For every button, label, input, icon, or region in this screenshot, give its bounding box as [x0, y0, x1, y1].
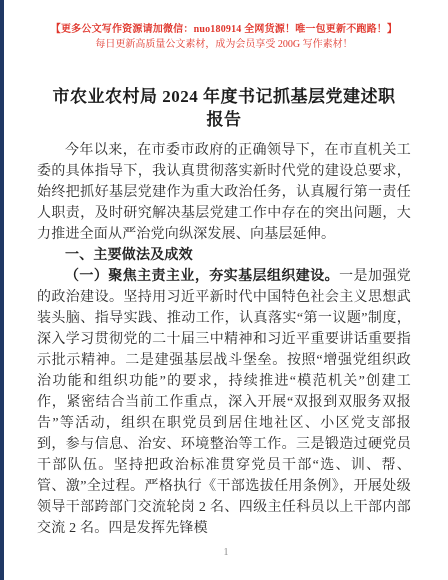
section-1-lead: （一）聚焦主责主业，夯实基层组织建设。	[65, 269, 339, 284]
paragraph-intro: 今年以来，在市委市政府的正确领导下，在市直机关工委的具体指导下，我认真贯彻落实新…	[37, 140, 411, 245]
section-heading-1: 一、主要做法及成效	[37, 245, 411, 266]
paragraph-section-1: （一）聚焦主责主业，夯实基层组织建设。一是加强党的政治建设。坚持用习近平新时代中…	[37, 266, 411, 539]
ad-banner: 【更多公文写作资源请加微信：nuo180914 全网货源！唯一包更新不跑路！】 …	[0, 23, 448, 52]
ad-banner-line1: 【更多公文写作资源请加微信：nuo180914 全网货源！唯一包更新不跑路！】	[0, 23, 448, 37]
document-title: 市农业农村局 2024 年度书记抓基层党建述职报告	[46, 85, 402, 131]
ad-banner-line2: 每日更新高质量公文素材，成为会员享受 200G 写作素材！	[0, 38, 448, 52]
document-page: 【更多公文写作资源请加微信：nuo180914 全网货源！唯一包更新不跑路！】 …	[0, 23, 448, 539]
section-1-text: 一是加强党的政治建设。坚持用习近平新时代中国特色社会主义思想武装头脑、指导实践、…	[37, 269, 411, 536]
page-number: 1	[4, 547, 448, 558]
document-body: 今年以来，在市委市政府的正确领导下，在市直机关工委的具体指导下，我认真贯彻落实新…	[37, 140, 411, 539]
left-edge-strip	[0, 0, 4, 580]
